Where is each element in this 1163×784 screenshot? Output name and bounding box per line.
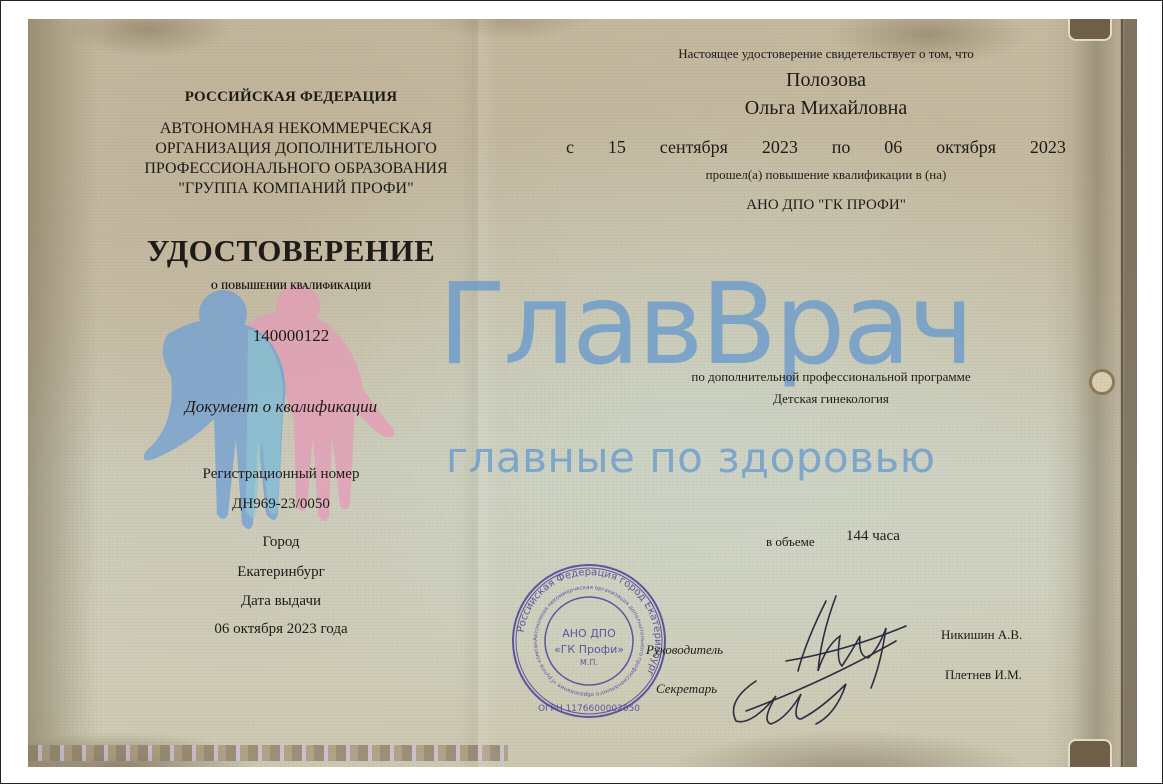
- certificate-number: 140000122: [171, 326, 411, 346]
- ornament-right-line: [1121, 19, 1123, 767]
- period-to-month: октября: [936, 137, 996, 158]
- certificate-subtitle: о повышении квалификации: [121, 277, 461, 293]
- training-period: с 15 сентября 2023 по 06 октября 2023: [566, 137, 1066, 158]
- period-to-prefix: по: [832, 137, 851, 158]
- holder-surname: Полозова: [556, 69, 1096, 92]
- svg-text:АНО ДПО: АНО ДПО: [562, 627, 616, 640]
- holder-given-names: Ольга Михайловна: [556, 97, 1096, 120]
- country-heading: РОССИЙСКАЯ ФЕДЕРАЦИЯ: [121, 89, 461, 106]
- period-to-year: 2023: [1030, 137, 1066, 158]
- document-kind: Документ о квалификации: [121, 397, 441, 417]
- organization-short-name: АНО ДПО "ГК ПРОФИ": [556, 197, 1096, 214]
- signatory-role-director: Руководитель: [646, 642, 723, 658]
- city-value: Екатеринбург: [141, 564, 421, 581]
- watermark-tagline: главные по здоровью: [446, 437, 936, 479]
- registration-label: Регистрационный номер: [141, 466, 421, 483]
- ornament-corner-top-right: [1068, 19, 1112, 41]
- signatures-icon: [716, 581, 926, 731]
- organization-name: АВТОНОМНАЯ НЕКОММЕРЧЕСКАЯ ОРГАНИЗАЦИЯ ДО…: [126, 119, 466, 199]
- volume-label: в объеме: [766, 534, 815, 550]
- svg-text:«ГК Профи»: «ГК Профи»: [554, 643, 624, 656]
- period-from-year: 2023: [762, 137, 798, 158]
- signatory-name-secretary: Плетнев И.М.: [945, 667, 1022, 683]
- ornament-medallion-icon: [1089, 369, 1115, 395]
- certificate-title: УДОСТОВЕРЕНИЕ: [121, 233, 461, 269]
- volume-hours: 144 часа: [846, 528, 900, 545]
- svg-text:М.П.: М.П.: [580, 658, 598, 667]
- period-from-day: 15: [608, 137, 626, 158]
- issue-date: 06 октября 2023 года: [141, 621, 421, 638]
- program-label: по дополнительной профессиональной прогр…: [601, 369, 1061, 385]
- period-from-prefix: с: [566, 137, 574, 158]
- city-label: Город: [141, 534, 421, 551]
- period-from-month: сентября: [660, 137, 728, 158]
- registration-number: ДН969-23/0050: [141, 496, 421, 513]
- image-frame: ГлавВрач главные по здоровью РОССИЙСКАЯ …: [0, 0, 1163, 784]
- svg-text:ОГРН 1176600002050: ОГРН 1176600002050: [538, 704, 640, 714]
- period-to-day: 06: [884, 137, 902, 158]
- intro-text: Настоящее удостоверение свидетельствует …: [556, 46, 1096, 62]
- ornament-corner-bottom-right: [1068, 739, 1112, 767]
- passed-text: прошел(а) повышение квалификации в (на): [556, 167, 1096, 183]
- official-stamp-icon: Российская Федерация город Екатеринбург …: [509, 561, 669, 721]
- program-name: Детская гинекология: [601, 391, 1061, 407]
- ornament-left: [28, 19, 98, 767]
- ornament-bottom-strip: [28, 745, 508, 761]
- signatory-name-director: Никишин А.В.: [941, 627, 1022, 643]
- watermark-title: ГлавВрач: [438, 269, 971, 381]
- signatory-role-secretary: Секретарь: [656, 681, 717, 697]
- issue-date-label: Дата выдачи: [141, 593, 421, 610]
